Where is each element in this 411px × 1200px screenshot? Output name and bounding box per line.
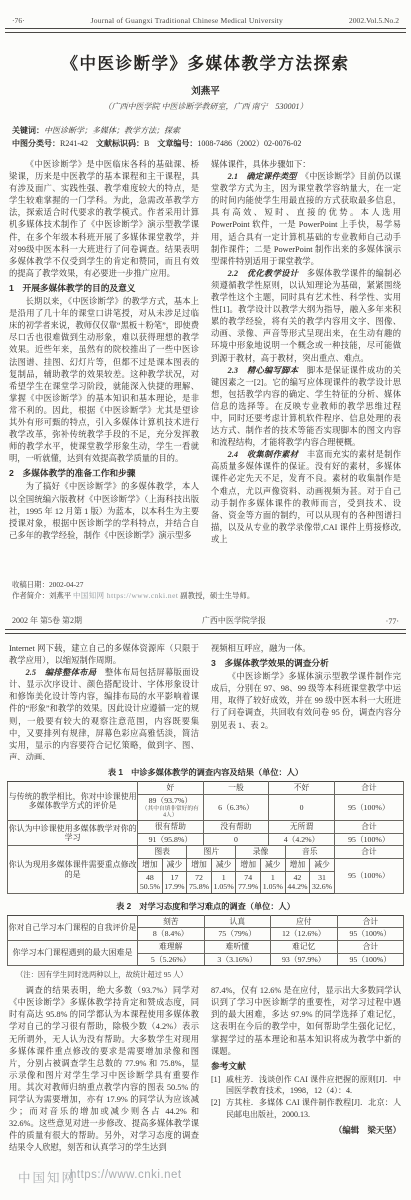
t2-r2-h1: 难听懂 (204, 940, 271, 953)
reference-item: [1]戚柱芳．浅谈创作 CAI 课件应把握的原则[J]．中国医学教育技术，199… (211, 1074, 401, 1097)
t1-r3-total-v: 95（100%） (334, 858, 403, 893)
issue-info-en: 2002.Vol.5.No.2 (349, 16, 399, 25)
t1-r3-s1: 减少 (162, 858, 187, 871)
t1-r1-h2: 不好 (269, 782, 335, 795)
t1-r3-total-h: 合计 (334, 846, 403, 859)
cnki-logo-text: 中国知网 (18, 1168, 76, 1186)
t2-r1-label: 你对自己学习本门课程的自我评价是 (8, 915, 138, 940)
journal-name-en: Journal of Guangxi Traditional Chinese M… (91, 16, 283, 25)
section-heading: 3 多媒体教学效果的调查分析 (211, 657, 401, 669)
article-meta: 关键词：中医诊断学；多媒体；教学方法；探索 中图分类号：R241-42 文献标识… (12, 125, 399, 150)
t2-r1-v0: 8（8.4%） (138, 928, 205, 941)
journal-name-cn: 广西中医学院学报 (202, 615, 266, 626)
t1-r3-g3: 音乐 (285, 846, 334, 859)
t2-r1-h1: 认真 (204, 915, 271, 928)
section-heading: 参考文献 (211, 1060, 401, 1072)
page76-body-columns: 《中医诊断学》是中医临床各科的基础课、桥梁课，历来是中医教学的基本课程和主干课程… (0, 159, 411, 572)
t1-r1-note: （其中自填非常好的有4人） (141, 806, 200, 819)
t2-r1-v1: 75（79%） (204, 928, 271, 941)
table1-caption: 表 1 中诊多媒体教学的调查内容及结果（单位：人） (0, 767, 411, 778)
subsection-label: 2.3 精心编写脚本 (228, 366, 307, 375)
page77-right-column-bottom: 87.4%，仅有 12.6% 是在应付，显示出大多数同学认识到了学习中医诊断学的… (211, 985, 401, 1177)
article-no-value: 1008-7486（2002）02-0076-02 (197, 139, 301, 148)
t1-r3-s6: 增加 (285, 858, 310, 871)
page77-running-header: 2002 年 第5卷 第2期 广西中医学院学报 ·77· (0, 601, 411, 629)
t1-r1-h1: 一般 (203, 782, 269, 795)
editor-credit: （编辑 梁天坚） (211, 1124, 401, 1136)
t1-r3-s2: 增加 (187, 858, 212, 871)
t2-r1-h0: 刻苦 (138, 915, 205, 928)
author-bio-line: 作者简介：刘燕平 中国知网 https://www.cnki.net 副教授，硕… (12, 590, 399, 601)
t2-r1-v3: 95（100%） (337, 928, 404, 941)
t2-r2-v1: 3（3.16%） (204, 953, 271, 966)
t1-r3-g0: 图表 (138, 846, 187, 859)
page77-left-column-bottom: 调查的结果表明，绝大多数（93.7%）同学对《中医诊断学》多媒体教学持肯定和赞成… (9, 985, 199, 1177)
paragraph: 2.1 确定课件类型 《中医诊断学》目前仍以课堂教学方式为主，因为课堂教学容纳量… (211, 171, 401, 268)
t1-r1-h3: 合计 (334, 782, 403, 795)
survey-table-2: 你对自己学习本门课程的自我评价是 刻苦 认真 应付 合计 8（8.4%） 75（… (7, 915, 404, 966)
author-affiliation: （广西中医学院 中医诊断学教研室，广西 南宁 530001） (0, 101, 411, 112)
page76-number: ·76· (12, 16, 25, 25)
keywords-value: 中医诊断学；多媒体；教学方法；探索 (44, 126, 180, 135)
reference-item: [2]方其柱．多媒体 CAI 课件制作教程[J]．北京：人民邮电出版社，2000… (211, 1097, 401, 1120)
paragraph: 调查的结果表明，绝大多数（93.7%）同学对《中医诊断学》多媒体教学持肯定和赞成… (9, 985, 199, 1154)
header-rule (5, 629, 406, 634)
t1-r2-h2: 无所谓 (269, 821, 335, 834)
t1-r2-v0: 91（95.8%） (138, 833, 204, 846)
reference-number: [2] (211, 1097, 220, 1109)
t1-r2-h3: 合计 (334, 821, 403, 834)
t2-r1-h3: 合计 (337, 915, 404, 928)
t2-r2-h2: 难记忆 (271, 940, 338, 953)
page76-left-column: 《中医诊断学》是中医临床各科的基础课、桥梁课，历来是中医教学的基本课程和主干课程… (9, 159, 199, 572)
t1-r2-v1: 0 (203, 833, 269, 846)
header-rule (5, 28, 406, 33)
t1-r3-label: 你认为现用多媒体课件需要重点修改的是 (8, 846, 138, 893)
author-name: 刘燕平 (0, 83, 411, 97)
paragraph: 87.4%，仅有 12.6% 是在应付，显示出大多数同学认识到了学习中医诊断学的… (211, 985, 401, 1058)
page77-lower-columns: 调查的结果表明，绝大多数（93.7%）同学对《中医诊断学》多媒体教学持肯定和赞成… (0, 985, 411, 1177)
paragraph: 2.3 精心编写脚本 脚本是保证课件成功的关键因素之一[2]。它的编写应体现课件… (211, 365, 401, 450)
received-date: 收稿日期：2002-04-27 (12, 579, 399, 590)
page76-footnote: 收稿日期：2002-04-27 作者简介：刘燕平 中国知网 https://ww… (12, 579, 399, 601)
paragraph: 《中医诊断学》是中医临床各科的基础课、桥梁课，历来是中医教学的基本课程和主干课程… (9, 159, 199, 280)
t1-r2-h0: 很有帮助 (138, 821, 204, 834)
author-bio-suffix: 副教授，硕士生导师。 (180, 591, 254, 600)
t2-r2-v0: 5（5.26%） (138, 953, 205, 966)
paragraph: 视频相互呼应，融为一体。 (211, 643, 401, 655)
t1-r2-label: 你认为中诊课使用多媒体教学对你的学习 (8, 821, 138, 846)
paragraph: 为了搞好《中医诊断学》的多媒体教学，本人以全国统编六版教材《中医诊断学》（上海科… (9, 481, 199, 541)
table2-caption: 表 2 对学习态度和学习难点的调查（单位：人） (0, 901, 411, 912)
t1-r2-v3: 95（100%） (334, 833, 403, 846)
t2-r2-v3: 95（100%） (337, 953, 404, 966)
subsection-label: 2.2 优化教学设计 (228, 269, 307, 278)
paragraph: 2.5 编排整体布局 整体布局包括屏幕版面设计、显示次序设计、颜色搭配设计、字体… (9, 667, 199, 760)
t1-r2-h1: 没有帮助 (203, 821, 269, 834)
table2-note: （注：因有学生同时选两种以上，故统计超过 95 人） (16, 970, 411, 980)
article-title: 《中医诊断学》多媒体教学方法探索 (0, 50, 411, 74)
paragraph: 媒体课件，具体步骤如下： (211, 159, 401, 171)
cnki-watermark-inline: 中国知网 https://www.cnki.net (73, 591, 178, 600)
page77-upper-columns: Internet 网下载，建立自己的多媒体资源库（只限于教学应用），以缩短制作周… (0, 643, 411, 760)
t2-r1-v2: 12（12.6%） (271, 928, 338, 941)
subsection-label: 2.1 确定课件类型 (228, 172, 305, 181)
section-heading: 1 开展多媒体教学的目的及意义 (9, 282, 199, 294)
t1-r3-g1: 图片 (187, 846, 236, 859)
t1-r1-v3: 95（100%） (334, 794, 403, 821)
t2-r2-v2: 93（97.9%） (271, 953, 338, 966)
keywords-label: 关键词： (12, 126, 44, 135)
t1-r3-c3: 11.05% (211, 871, 236, 893)
t1-r3-c2: 7275.8% (187, 871, 212, 893)
t1-r3-s0: 增加 (138, 858, 163, 871)
paragraph: 《中医诊断学》多媒体演示型教学课件制作完成后，分别在 97、98、99 级等本科… (211, 671, 401, 731)
t1-r3-s7: 减少 (310, 858, 335, 871)
survey-table-1: 与传统的教学相比，你对中诊课使用多媒体教学方式的评价是 好 一般 不好 合计 8… (7, 781, 404, 894)
t1-r3-s4: 增加 (236, 858, 261, 871)
t2-r2-h0: 难理解 (138, 940, 205, 953)
t1-r1-v2: 0 (269, 794, 335, 821)
t2-r2-h3: 合计 (337, 940, 404, 953)
paragraph: Internet 网下载，建立自己的多媒体资源库（只限于教学应用），以缩短制作周… (9, 643, 199, 667)
reference-number: [1] (211, 1074, 220, 1086)
article-no-label: 文章编号： (157, 139, 197, 148)
paragraph: 长期以来，《中医诊断学》的教学方式，基本上是沿用了几十年的课堂口讲笔授，对从未涉… (9, 296, 199, 465)
t1-r1-v0-cell: 89（93.7%） （其中自填非常好的有4人） (138, 794, 204, 821)
t1-r1-v0: 89（93.7%） (138, 796, 203, 806)
paragraph: 2.4 收集制作素材 丰富而充实的素材是制作高质量多媒体课件的保证。没有好的素材… (211, 449, 401, 546)
t1-r3-g2: 录像 (236, 846, 285, 859)
t1-r3-c0: 4850.5% (138, 871, 163, 893)
subsection-label: 2.4 收集制作素材 (228, 450, 307, 459)
page76-running-header: ·76· Journal of Guangxi Traditional Chin… (0, 0, 411, 28)
clc-value: R241-42 (60, 139, 88, 148)
t2-r2-label: 你学习本门课程遇到的最大困难是 (8, 940, 138, 965)
t1-r3-c4: 7477.9% (236, 871, 261, 893)
t1-r3-c7: 3132.6% (310, 871, 335, 893)
page77-number: ·77· (386, 617, 399, 626)
journal-scan: ·76· Journal of Guangxi Traditional Chin… (0, 0, 411, 1177)
t1-r1-label: 与传统的教学相比，你对中诊课使用多媒体教学方式的评价是 (8, 782, 138, 821)
section-heading: 2 多媒体教学的准备工作和步骤 (9, 467, 199, 479)
page77-right-column-top: 视频相互呼应，融为一体。3 多媒体教学效果的调查分析《中医诊断学》多媒体演示型教… (211, 643, 401, 760)
clc-label: 中图分类号： (12, 139, 60, 148)
t1-r1-h0: 好 (138, 782, 204, 795)
t1-r2-v2: 4（4.2%） (269, 833, 335, 846)
t1-r3-c1: 1717.9% (162, 871, 187, 893)
cnki-url: https://www.cnki.net (70, 1169, 182, 1181)
author-bio-prefix: 作者简介：刘燕平 (12, 591, 71, 600)
t1-r3-s3: 减少 (211, 858, 236, 871)
t1-r3-c5: 11.05% (260, 871, 285, 893)
doc-code-label: 文献标识码： (96, 139, 144, 148)
t1-r1-v1: 6（6.3%） (203, 794, 269, 821)
classification-line: 中图分类号：R241-42 文献标识码：B 文章编号：1008-7486（200… (12, 138, 399, 151)
subsection-label: 2.5 编排整体布局 (26, 668, 105, 677)
keywords-line: 关键词：中医诊断学；多媒体；教学方法；探索 (12, 125, 399, 138)
paragraph: 2.2 优化教学设计 多媒体教学课件的编制必须遵循教学性原则，以认知理论为基础，… (211, 268, 401, 365)
t1-r3-c6: 4244.2% (285, 871, 310, 893)
issue-info-cn: 2002 年 第5卷 第2期 (12, 615, 82, 626)
page76-right-column: 媒体课件，具体步骤如下：2.1 确定课件类型 《中医诊断学》目前仍以课堂教学方式… (211, 159, 401, 572)
doc-code-value: B (144, 139, 149, 148)
t2-r1-h2: 应付 (271, 915, 338, 928)
page77-left-column-top: Internet 网下载，建立自己的多媒体资源库（只限于教学应用），以缩短制作周… (9, 643, 199, 760)
t1-r3-s5: 减少 (260, 858, 285, 871)
